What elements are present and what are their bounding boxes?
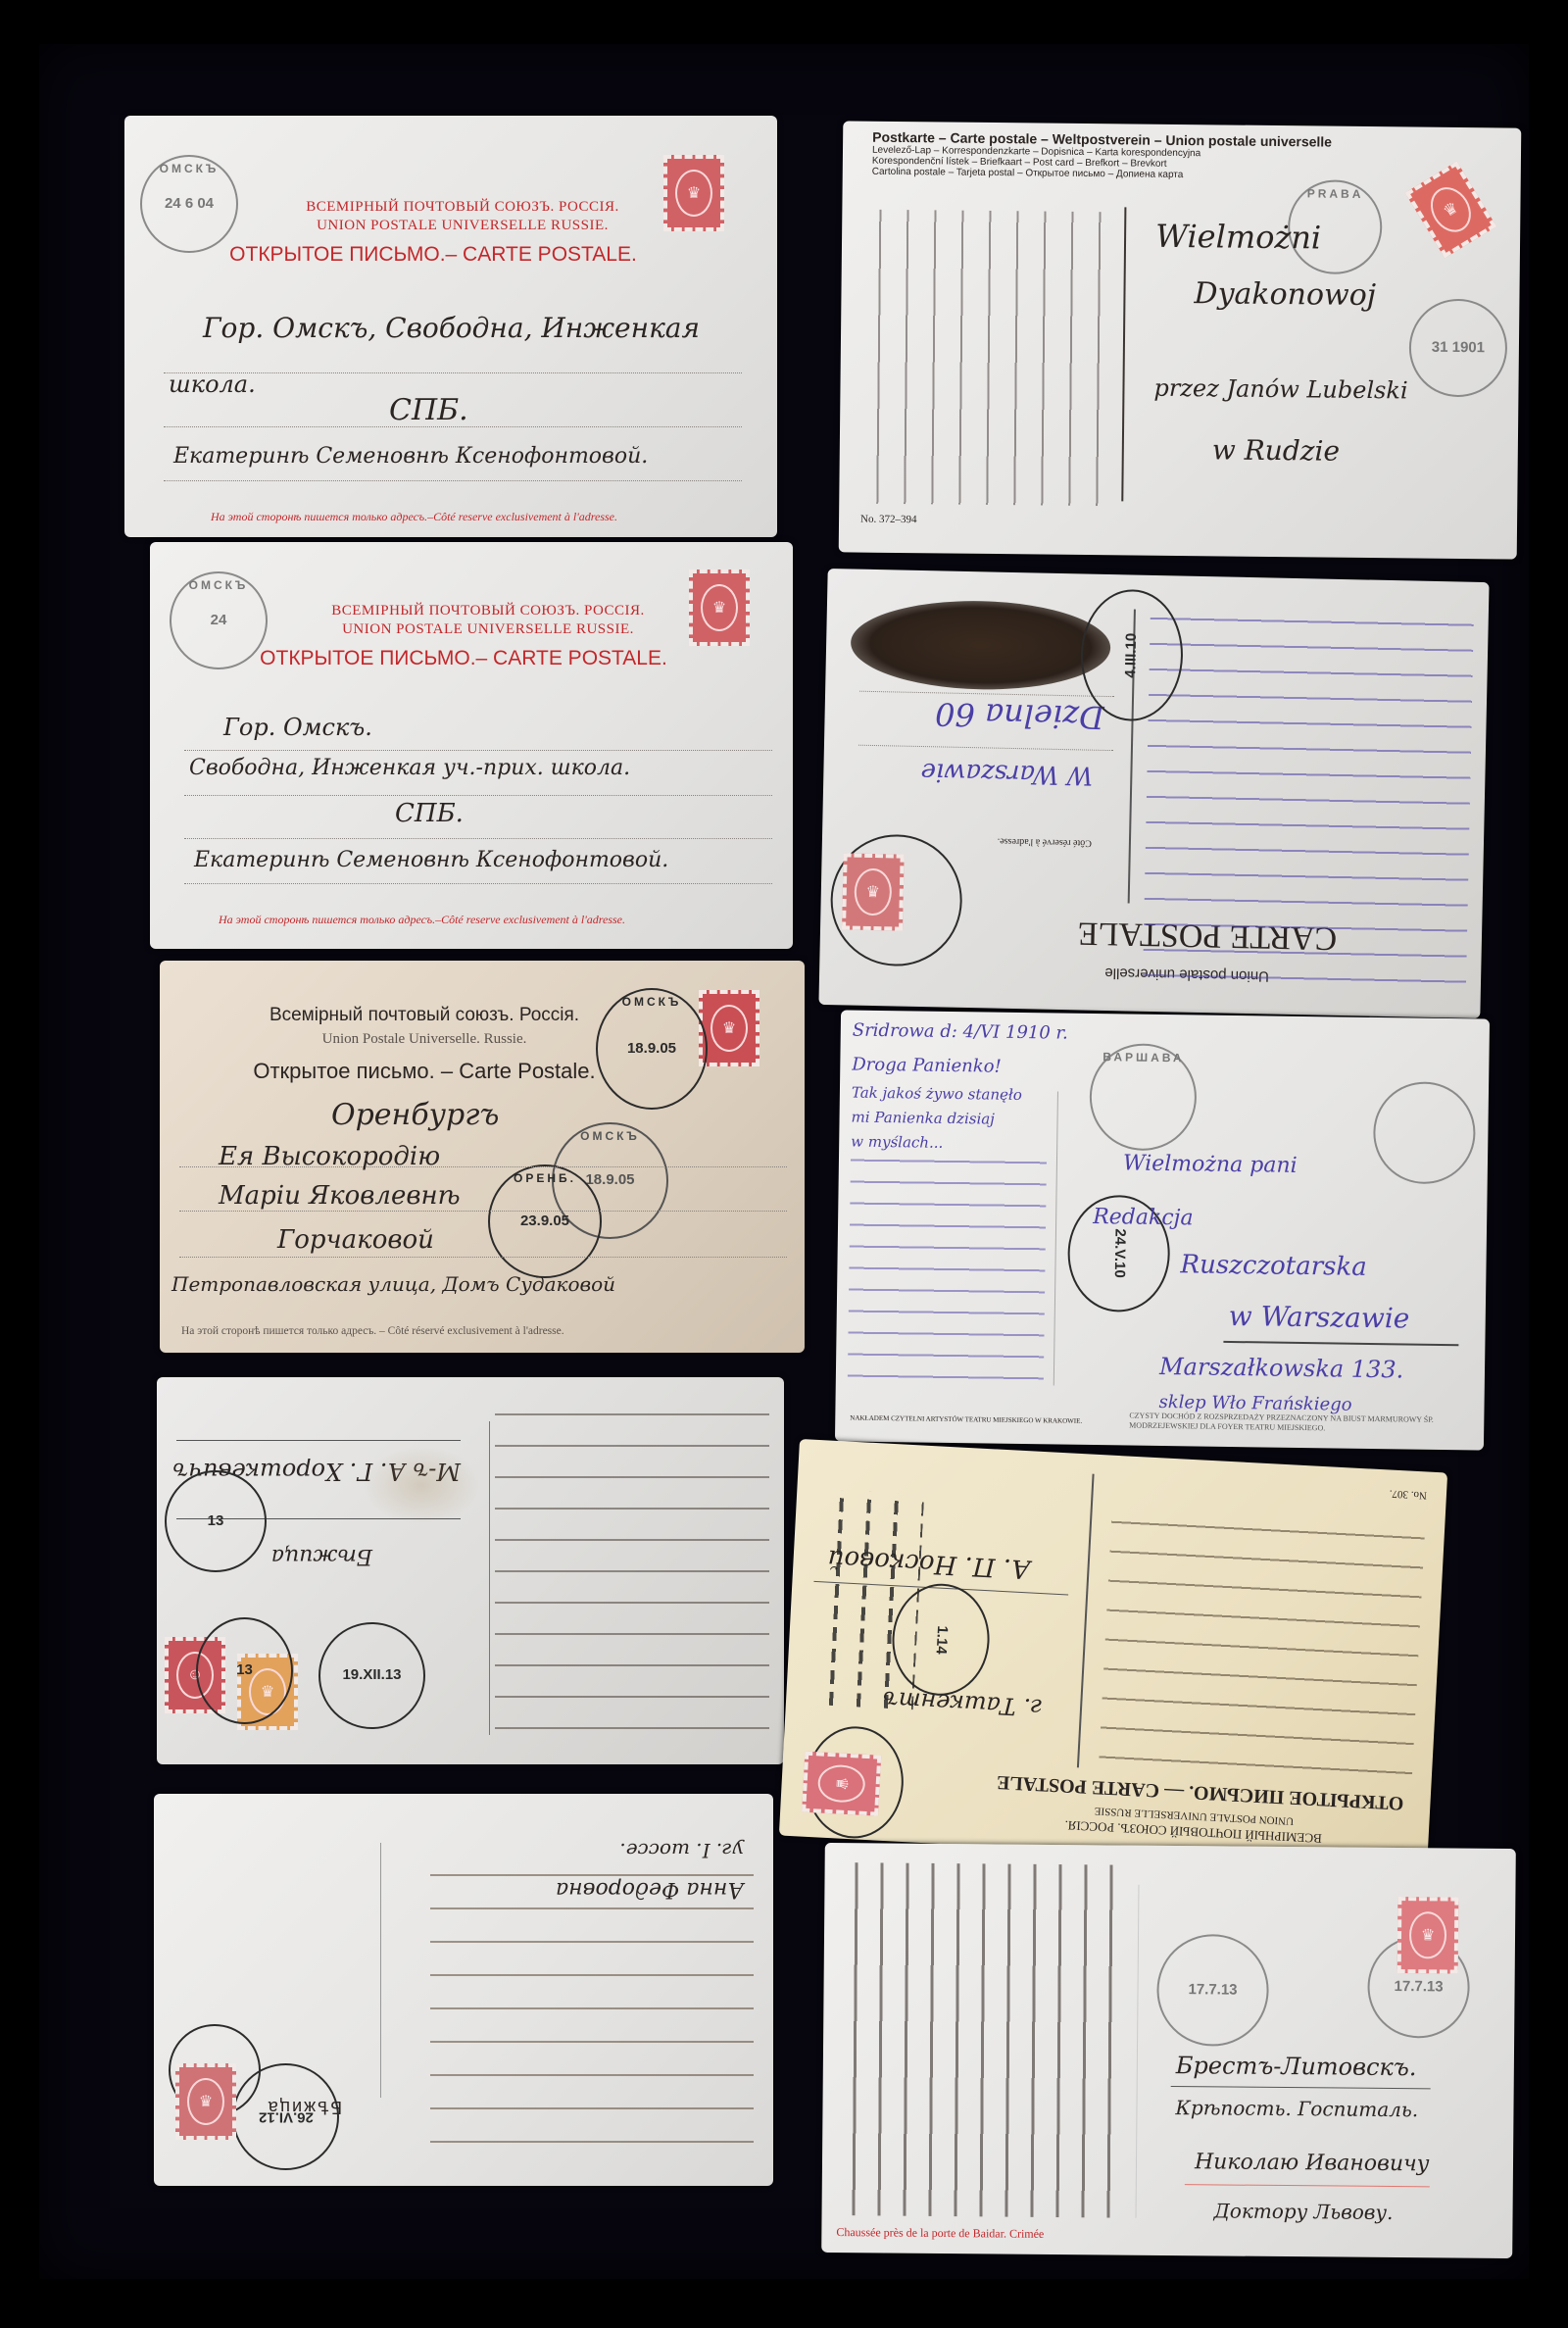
album-page: ОМСКЪ 24 6 04 ВСЕМIРНЫЙ ПОЧТОВЫЙ СОЮЗЪ. … (39, 44, 1529, 2279)
message-text (848, 1158, 1047, 1396)
postcard-7: М-ъ А. Г. Хорошкевичъ Бѣжица 13 ☺ ♛ 13 1… (157, 1377, 784, 1764)
postcard-4: CARTE POSTALE Union postale universelle … (818, 569, 1489, 1018)
header-multilingual: Postkarte – Carte postale – Weltpostvere… (872, 129, 1343, 182)
address-line: Оренбургъ (331, 1098, 499, 1132)
postmark-omsk: ОМСКЪ 24 6 04 (140, 155, 238, 253)
postmark-bezhitsa: 13 (165, 1470, 267, 1572)
address-line: Свободна, Инженкая уч.-прих. школа. (189, 756, 630, 780)
eagle-icon: ♛ (854, 868, 892, 916)
address-rule (184, 883, 772, 884)
address-rule (184, 838, 772, 839)
postcard-5: Всемiрный почтовый союзъ. Россiя. Union … (160, 961, 805, 1353)
stamp-3-kopeck: ♛ (842, 853, 905, 930)
eagle-icon: ♛ (817, 1763, 866, 1803)
header-russian: Всемiрный почтовый союзъ. Россiя. (219, 1005, 630, 1026)
postcard-3: ОМСКЪ 24 ВСЕМIРНЫЙ ПОЧТОВЫЙ СОЮЗЪ. РОССI… (150, 542, 793, 949)
message-date: Sridrowa d: 4/VI 1910 r. (853, 1020, 1068, 1044)
divider-line (489, 1421, 490, 1735)
address-line: w Rudzie (1212, 433, 1341, 467)
header-french: UNION POSTALE UNIVERSELLE RUSSIE. (268, 621, 709, 638)
address-line: СПБ. (389, 393, 468, 427)
message-text (837, 1862, 1134, 2218)
header-russian: ВСЕМIРНЫЙ ПОЧТОВЫЙ СОЮЗЪ. РОССIЯ. (242, 199, 683, 216)
postcard-10: Chaussée près de la porte de Baidar. Cri… (821, 1843, 1516, 2258)
address-line: Ея Высокородiю (219, 1142, 440, 1171)
postcard-8: ВСЕМIРНЫЙ ПОЧТОВЫЙ СОЮЗЪ. РОССIЯ. UNION … (779, 1439, 1447, 1869)
address-line: Николаю Ивановичу (1195, 2150, 1430, 2176)
postcard-1: ОМСКЪ 24 6 04 ВСЕМIРНЫЙ ПОЧТОВЫЙ СОЮЗЪ. … (124, 116, 777, 537)
catalog-number: No. 372–394 (860, 514, 917, 526)
catalog-number: No. 307. (1389, 1488, 1427, 1502)
header-russian: ВСЕМIРНЫЙ ПОЧТОВЫЙ СОЮЗЪ. РОССIЯ. (268, 603, 709, 619)
message-text (858, 210, 1116, 507)
divider-line (380, 1843, 381, 2098)
stamp-3-kopeck: ♛ (1397, 1897, 1459, 1974)
stamp-3-kopeck: ♛ (689, 570, 750, 646)
message-line: w myślach... (851, 1133, 943, 1152)
postmark-bezhitsa: 13 (196, 1617, 293, 1724)
address-line: школа. (169, 371, 256, 398)
stamp-3-kopeck: ♛ (802, 1752, 881, 1816)
address-rule (179, 1211, 787, 1212)
header-carte-postale: ОТКРЫТОЕ ПИСЬМО.– CARTE POSTALE. (243, 647, 684, 670)
message-line: Droga Panienko! (852, 1055, 1002, 1077)
address-line: Бѣжица (271, 1544, 372, 1568)
address-line: Marszałkowska 133. (1159, 1353, 1404, 1383)
stamp-3-kopeck: ♛ (699, 990, 759, 1066)
stamp-3-kopeck: ♛ (175, 2063, 236, 2140)
postmark-orenburg: ОРЕНБ. 23.9.05 (488, 1164, 602, 1278)
message-line: mi Panienka dzisiaj (851, 1109, 995, 1128)
water-stain (363, 1446, 480, 1524)
address-line: Екатеринѣ Семеновнѣ Ксенофонтовой. (173, 444, 648, 469)
footer-note: На этой сторонѣ пишется только адресъ. –… (181, 1325, 564, 1337)
message-text (1099, 1500, 1426, 1780)
postcard-9: Анна Федоровна уг. I. шоссе. Бѣжица 26.V… (154, 1794, 773, 2186)
publisher-footer: NAKŁADEM CZYTELNI ARTYSTÓW TEATRU MIEJSK… (850, 1414, 1082, 1425)
address-line: W Warszawie (920, 757, 1093, 790)
postcard-2: Postkarte – Carte postale – Weltpostvere… (839, 121, 1522, 559)
address-rule (1171, 2086, 1431, 2089)
address-line: Dyakonowoj (1194, 276, 1376, 313)
address-line: Горчаковой (277, 1225, 434, 1255)
address-rule (184, 750, 772, 751)
address-rule (1185, 2184, 1430, 2187)
address-rule (176, 1440, 461, 1441)
address-line: w Warszawie (1229, 1300, 1410, 1335)
divider-line (1053, 1091, 1058, 1385)
address-line: Анна Федоровна (556, 1877, 744, 1902)
footer-note: На этой сторонѣ пишется только адресъ.–C… (219, 913, 625, 927)
postcard-6: Sridrowa d: 4/VI 1910 r. Droga Panienko!… (835, 1010, 1490, 1450)
eagle-icon: ♛ (710, 1005, 748, 1052)
address-line: Dzielna 60 (935, 695, 1104, 736)
stamp-3-kopeck: ♛ (663, 155, 724, 231)
address-line: Гор. Омскъ, Свободна, Инженкая (203, 312, 700, 344)
header-french: UNION POSTALE UNIVERSELLE RUSSIE. (242, 218, 683, 234)
footer-note: На этой сторонѣ пишется только адресъ.–C… (211, 510, 617, 524)
address-line: Гор. Омскъ. (223, 714, 372, 741)
address-line: СПБ. (395, 799, 464, 828)
postmark (1373, 1081, 1476, 1184)
eagle-icon: ♛ (1423, 180, 1479, 240)
proceeds-footer: CZYSTY DOCHÓD Z ROZSPRZEDAŻY PRZEZNACZON… (1129, 1412, 1472, 1435)
address-line: Wielmożna pani (1123, 1151, 1298, 1177)
header-carte-postale: Открытое письмо. – Carte Postale. (179, 1059, 669, 1084)
picture-caption: Chaussée près de la porte de Baidar. Cri… (836, 2225, 1044, 2242)
eagle-icon: ♛ (675, 170, 712, 217)
postmark-warsaw: ВАРШАВА (1089, 1043, 1198, 1152)
message-line: Tak jakoś żywo stanęło (852, 1084, 1022, 1104)
address-line: уг. I. шоссе. (619, 1839, 744, 1862)
address-rule (164, 480, 742, 481)
address-line: przez Janów Lubelski (1153, 374, 1407, 405)
postmark-bezhitsa: 19.XII.13 (318, 1622, 425, 1729)
address-line: Доктору Львову. (1213, 2199, 1393, 2224)
header-french: Union Postale Universelle. Russie. (219, 1031, 630, 1048)
address-line: Брестъ-Литовскъ. (1176, 2052, 1417, 2081)
postmark-omsk: ОМСКЪ 18.9.05 (596, 988, 708, 1110)
eagle-icon: ♛ (1409, 1911, 1446, 1958)
address-rule (179, 1257, 787, 1258)
message-text (1143, 600, 1474, 999)
eagle-icon: ♛ (187, 2078, 224, 2125)
address-side-note: Côté réservé à l'adresse. (998, 836, 1092, 849)
divider-line (1121, 207, 1126, 501)
divider-line (1136, 1885, 1140, 2218)
message-text (495, 1392, 769, 1745)
address-line: Ruszczotarska (1180, 1250, 1367, 1282)
address-line: Крѣпость. Госпиталь. (1175, 2096, 1418, 2121)
divider-line (1077, 1474, 1095, 1768)
address-rule (1223, 1341, 1458, 1346)
address-rule (858, 745, 1113, 751)
address-line: Wielmożni (1155, 218, 1321, 257)
header-carte-postale: ОТКРЫТОЕ ПИСЬМО.– CARTE POSTALE. (208, 243, 659, 267)
stamp-3-kopeck: ♛ (1405, 161, 1497, 258)
postmark-dated: 31 1901 (1408, 298, 1507, 397)
eagle-icon: ♛ (701, 584, 738, 631)
address-line: Марiи Яковлевнѣ (219, 1181, 461, 1211)
address-rule (184, 795, 772, 796)
address-line: Петропавловская улица, Домъ Судаковой (171, 1272, 615, 1296)
address-line: Екатеринѣ Семеновнѣ Ксенофонтовой. (194, 848, 668, 872)
postmark-dated: 17.7.13 (1156, 1934, 1269, 2047)
address-line: Redakcja (1093, 1205, 1194, 1230)
